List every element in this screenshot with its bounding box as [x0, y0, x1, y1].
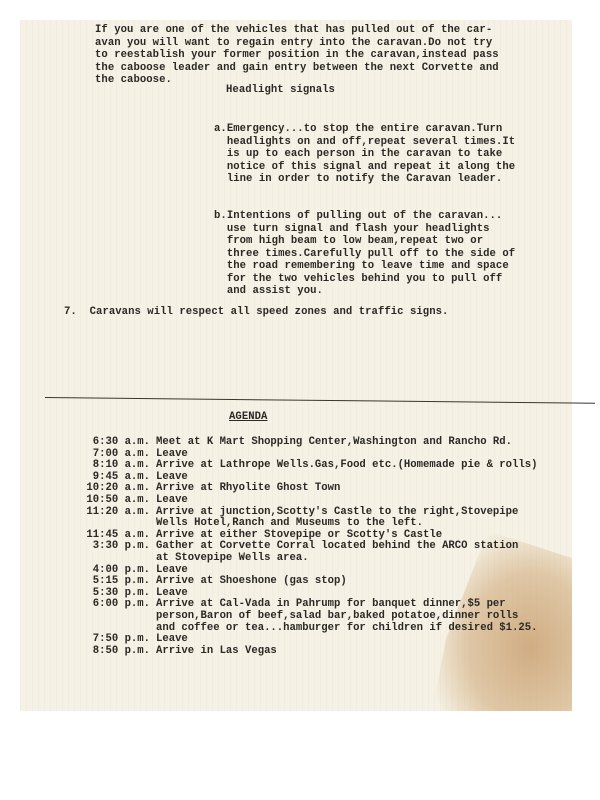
agenda-description: Arrive at Lathrope Wells.Gas,Food etc.(H… [156, 460, 537, 472]
agenda-row: 8:50 p.m.Arrive in Las Vegas [64, 646, 537, 658]
agenda-row: 10:50 a.m.Leave [64, 495, 537, 507]
agenda-time: 10:50 a.m. [64, 495, 156, 507]
signal-b-pulling-out: b.Intentions of pulling out of the carav… [214, 210, 515, 298]
agenda-row: 6:30 a.m.Meet at K Mart Shopping Center,… [64, 437, 537, 449]
agenda-schedule: 6:30 a.m.Meet at K Mart Shopping Center,… [64, 437, 537, 657]
agenda-time: 3:30 p.m. [64, 541, 156, 564]
agenda-description: Arrive at Shoeshone (gas stop) [156, 576, 347, 588]
agenda-time: 6:00 p.m. [64, 599, 156, 634]
agenda-time: 6:30 a.m. [64, 437, 156, 449]
signal-a-emergency: a.Emergency...to stop the entire caravan… [214, 123, 515, 186]
agenda-time: 8:50 p.m. [64, 646, 156, 658]
agenda-description: Gather at Corvette Corral located behind… [156, 541, 518, 564]
agenda-description: Arrive at junction,Scotty's Castle to th… [156, 507, 518, 530]
rule-item-7: 7. Caravans will respect all speed zones… [64, 306, 448, 319]
headlight-signals-heading: Headlight signals [226, 84, 335, 97]
agenda-row: 11:20 a.m.Arrive at junction,Scotty's Ca… [64, 507, 537, 530]
agenda-row: 3:30 p.m.Gather at Corvette Corral locat… [64, 541, 537, 564]
agenda-row: 7:50 p.m.Leave [64, 634, 537, 646]
agenda-description: Leave [156, 634, 188, 646]
agenda-row: 6:00 p.m.Arrive at Cal-Vada in Pahrump f… [64, 599, 537, 634]
intro-paragraph: If you are one of the vehicles that has … [95, 24, 499, 87]
agenda-description: Arrive at Cal-Vada in Pahrump for banque… [156, 599, 537, 634]
agenda-time: 11:20 a.m. [64, 507, 156, 530]
agenda-description: Meet at K Mart Shopping Center,Washingto… [156, 437, 512, 449]
agenda-title: AGENDA [229, 411, 267, 424]
agenda-time: 5:15 p.m. [64, 576, 156, 588]
agenda-row: 5:15 p.m.Arrive at Shoeshone (gas stop) [64, 576, 537, 588]
agenda-description: Leave [156, 495, 188, 507]
agenda-time: 7:50 p.m. [64, 634, 156, 646]
agenda-description: Arrive in Las Vegas [156, 646, 277, 658]
